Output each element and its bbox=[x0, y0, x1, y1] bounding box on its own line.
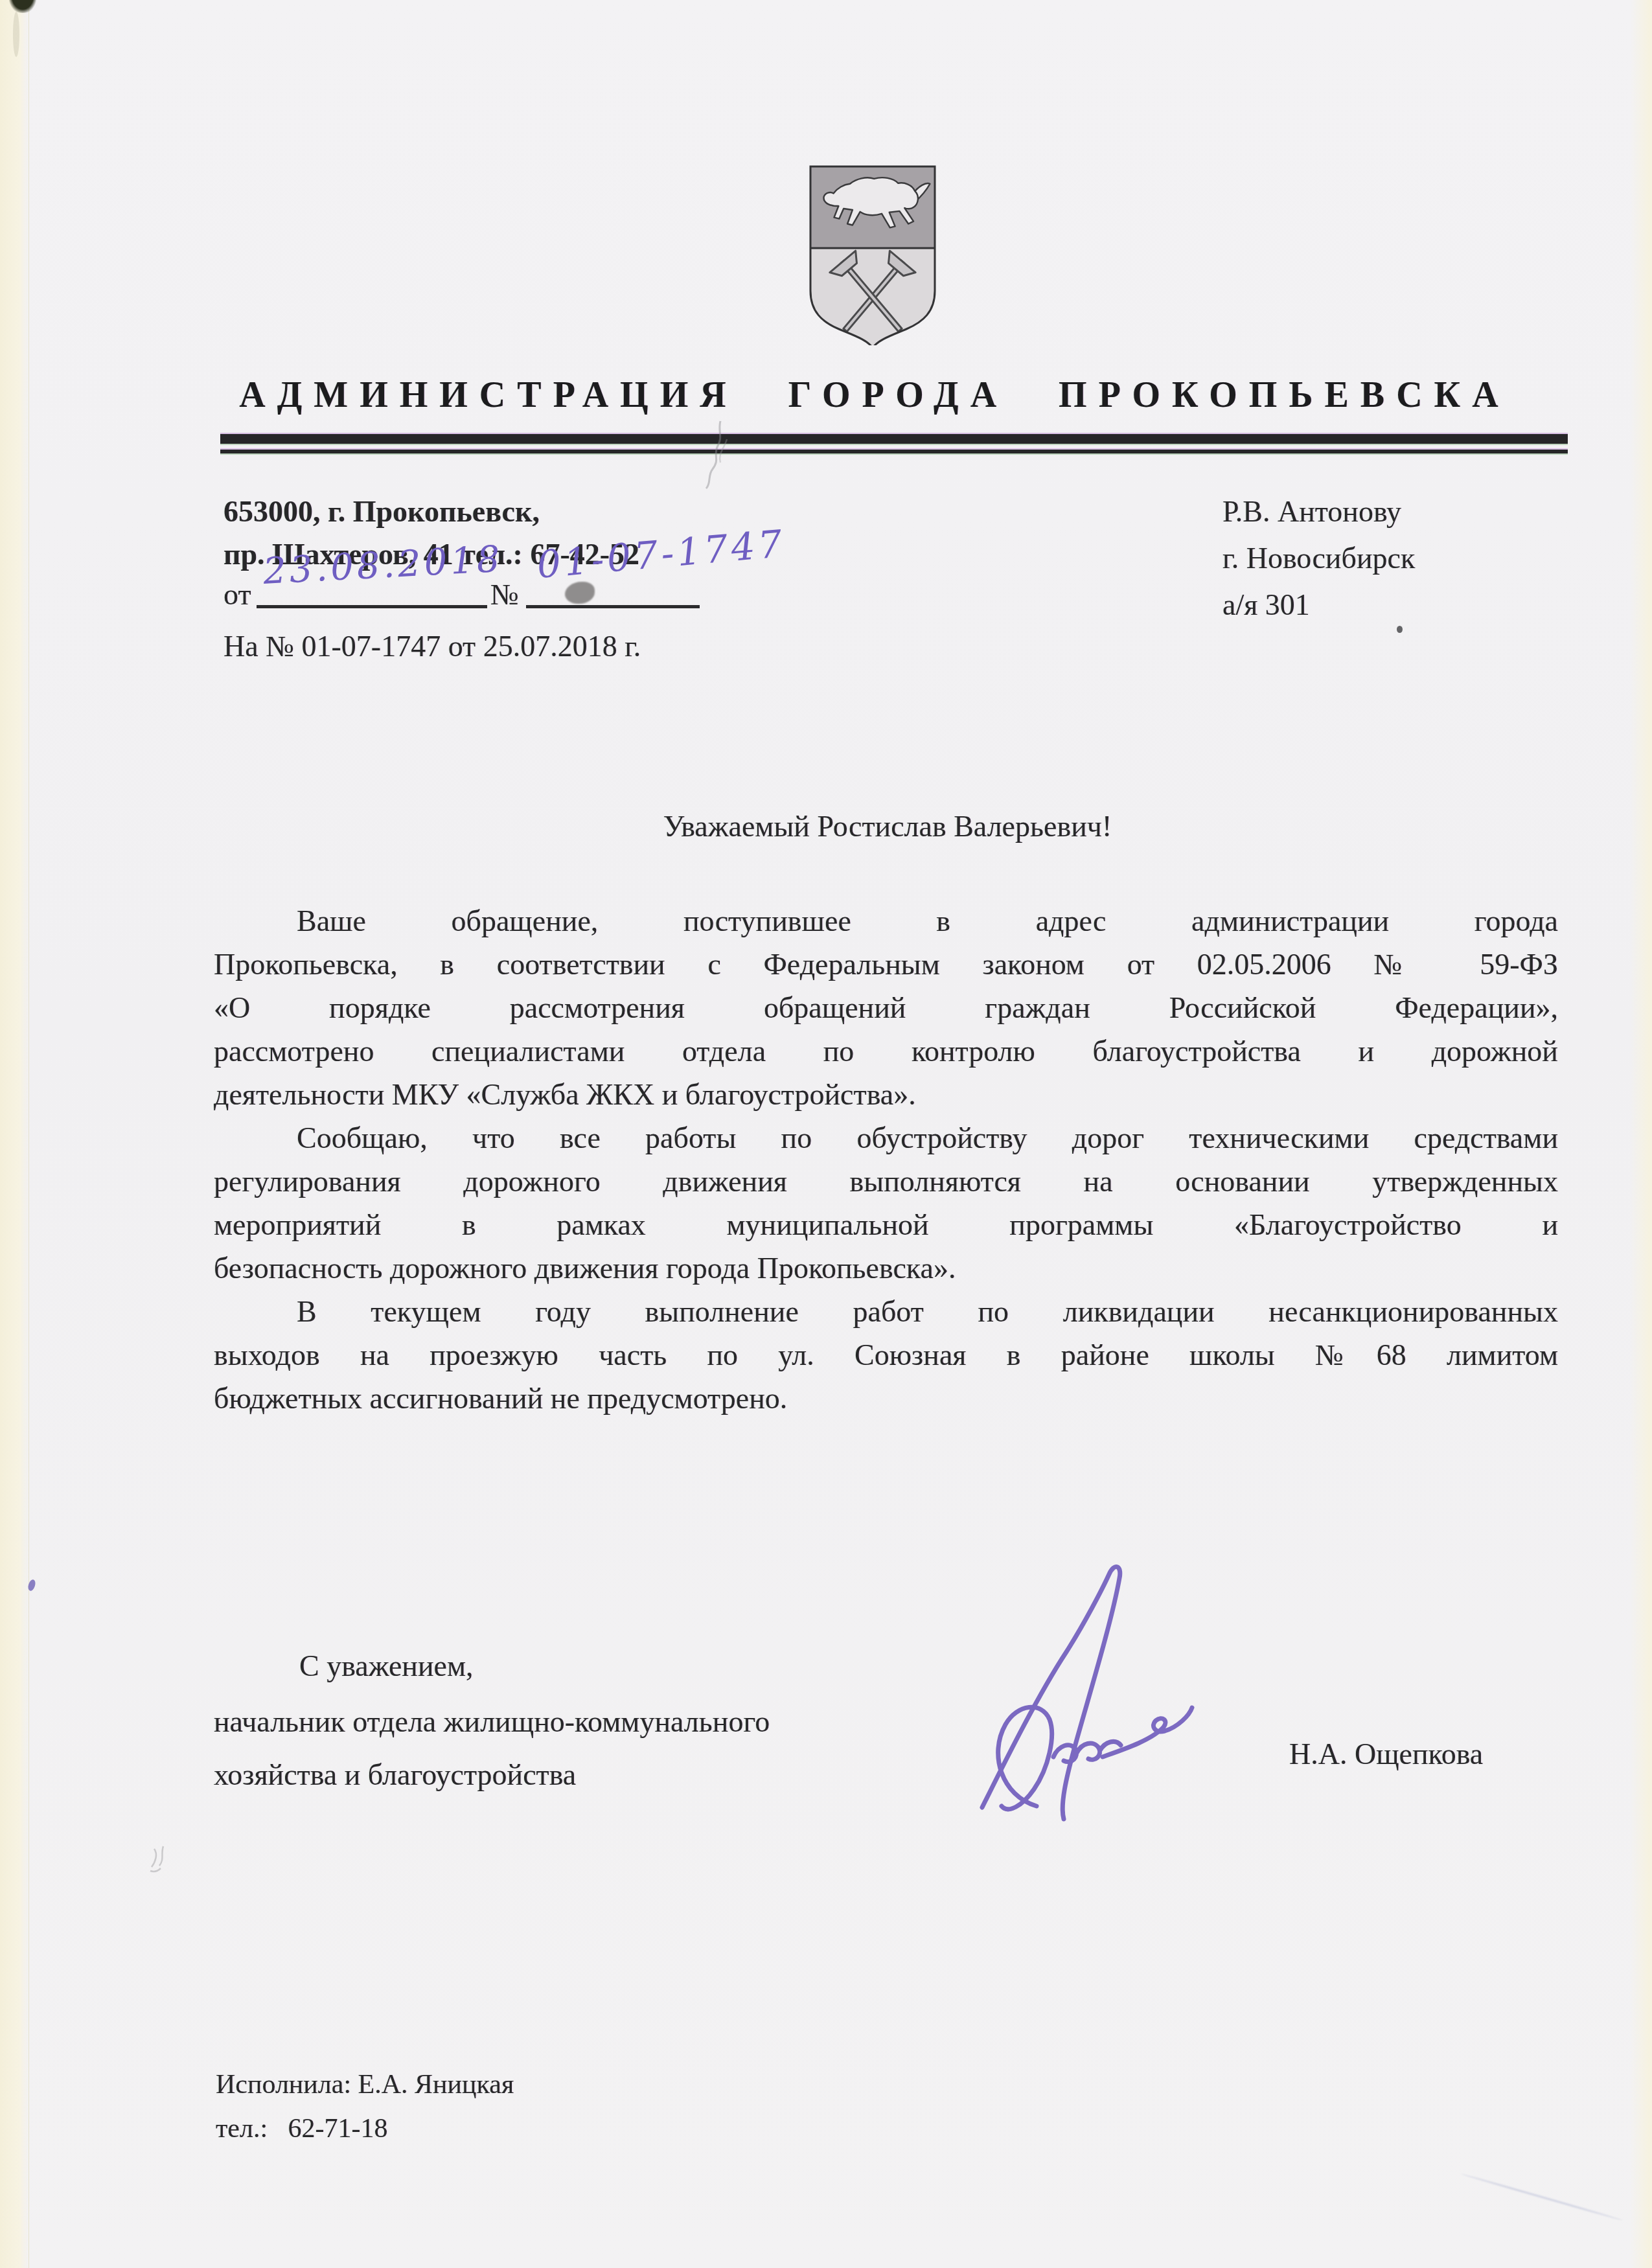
ink-smudge-artifact bbox=[565, 582, 595, 604]
body-line: безопасность дорожного движения города П… bbox=[214, 1246, 1558, 1290]
date-underline bbox=[257, 605, 487, 608]
executor-line: Исполнила: Е.А. Яницкая bbox=[216, 2067, 514, 2103]
body-line: Прокопьевска, в соответствии с Федеральн… bbox=[214, 943, 1558, 986]
body-line: бюджетных ассигнований не предусмотрено. bbox=[214, 1377, 1558, 1420]
scan-right-edge bbox=[1630, 0, 1652, 2268]
org-title: АДМИНИСТРАЦИЯ ГОРОДА ПРОКОПЬЕВСКА bbox=[178, 374, 1571, 416]
pencil-scribble-artifact bbox=[698, 420, 744, 491]
sender-address-line1: 653000, г. Прокопьевск, bbox=[224, 492, 540, 531]
ink-dot-artifact bbox=[1397, 626, 1403, 633]
handwritten-number: 01-07-1747 bbox=[535, 521, 787, 587]
recipient-city: г. Новосибирск bbox=[1222, 539, 1415, 578]
prokopyevsk-coat-of-arms-icon bbox=[808, 164, 937, 345]
recipient-name: Р.В. Антонову bbox=[1222, 492, 1401, 531]
signer-position-line2: хозяйства и благоустройства bbox=[214, 1756, 576, 1794]
body: Ваше обращение, поступившее в адрес адми… bbox=[214, 899, 1558, 1420]
body-line: деятельности МКУ «Служба ЖКХ и благоустр… bbox=[214, 1073, 1558, 1116]
executor-phone: тел.: 62-71-18 bbox=[216, 2111, 388, 2147]
body-line: рассмотрено специалистами отдела по конт… bbox=[214, 1029, 1558, 1073]
signer-position-line1: начальник отдела жилищно-коммунального bbox=[214, 1702, 770, 1741]
body-line: «О порядке рассмотрения обращений гражда… bbox=[214, 986, 1558, 1029]
outgoing-date-label: от bbox=[224, 575, 251, 614]
scan-left-edge bbox=[0, 0, 29, 2268]
signer-name: Н.А. Ощепкова bbox=[1289, 1735, 1483, 1774]
salutation: Уважаемый Ростислав Валерьевич! bbox=[214, 807, 1561, 846]
pencil-mark-artifact bbox=[146, 1845, 175, 1877]
outgoing-number-label: № bbox=[490, 575, 519, 614]
number-underline bbox=[526, 605, 700, 608]
body-line: Ваше обращение, поступившее в адрес адми… bbox=[214, 899, 1558, 943]
header-rule-thin bbox=[220, 450, 1568, 453]
scanned-letter-page: АДМИНИСТРАЦИЯ ГОРОДА ПРОКОПЬЕВСКА 653000… bbox=[0, 0, 1652, 2268]
body-line: регулирования дорожного движения выполня… bbox=[214, 1160, 1558, 1203]
body-line: выходов на проезжую часть по ул. Союзная… bbox=[214, 1333, 1558, 1377]
paper-crease-artifact bbox=[1461, 2173, 1623, 2221]
scan-corner-streak bbox=[13, 12, 19, 57]
handwritten-signature bbox=[939, 1555, 1224, 1840]
header-rule-thick bbox=[220, 434, 1568, 444]
body-line: В текущем году выполнение работ по ликви… bbox=[214, 1290, 1558, 1333]
body-line: Сообщаю, что все работы по обустройству … bbox=[214, 1116, 1558, 1160]
body-line: мероприятий в рамках муниципальной прогр… bbox=[214, 1203, 1558, 1246]
recipient-po-box: а/я 301 bbox=[1222, 586, 1310, 624]
reference-line: На № 01-07-1747 от 25.07.2018 г. bbox=[224, 627, 641, 666]
closing-phrase: С уважением, bbox=[299, 1647, 474, 1686]
